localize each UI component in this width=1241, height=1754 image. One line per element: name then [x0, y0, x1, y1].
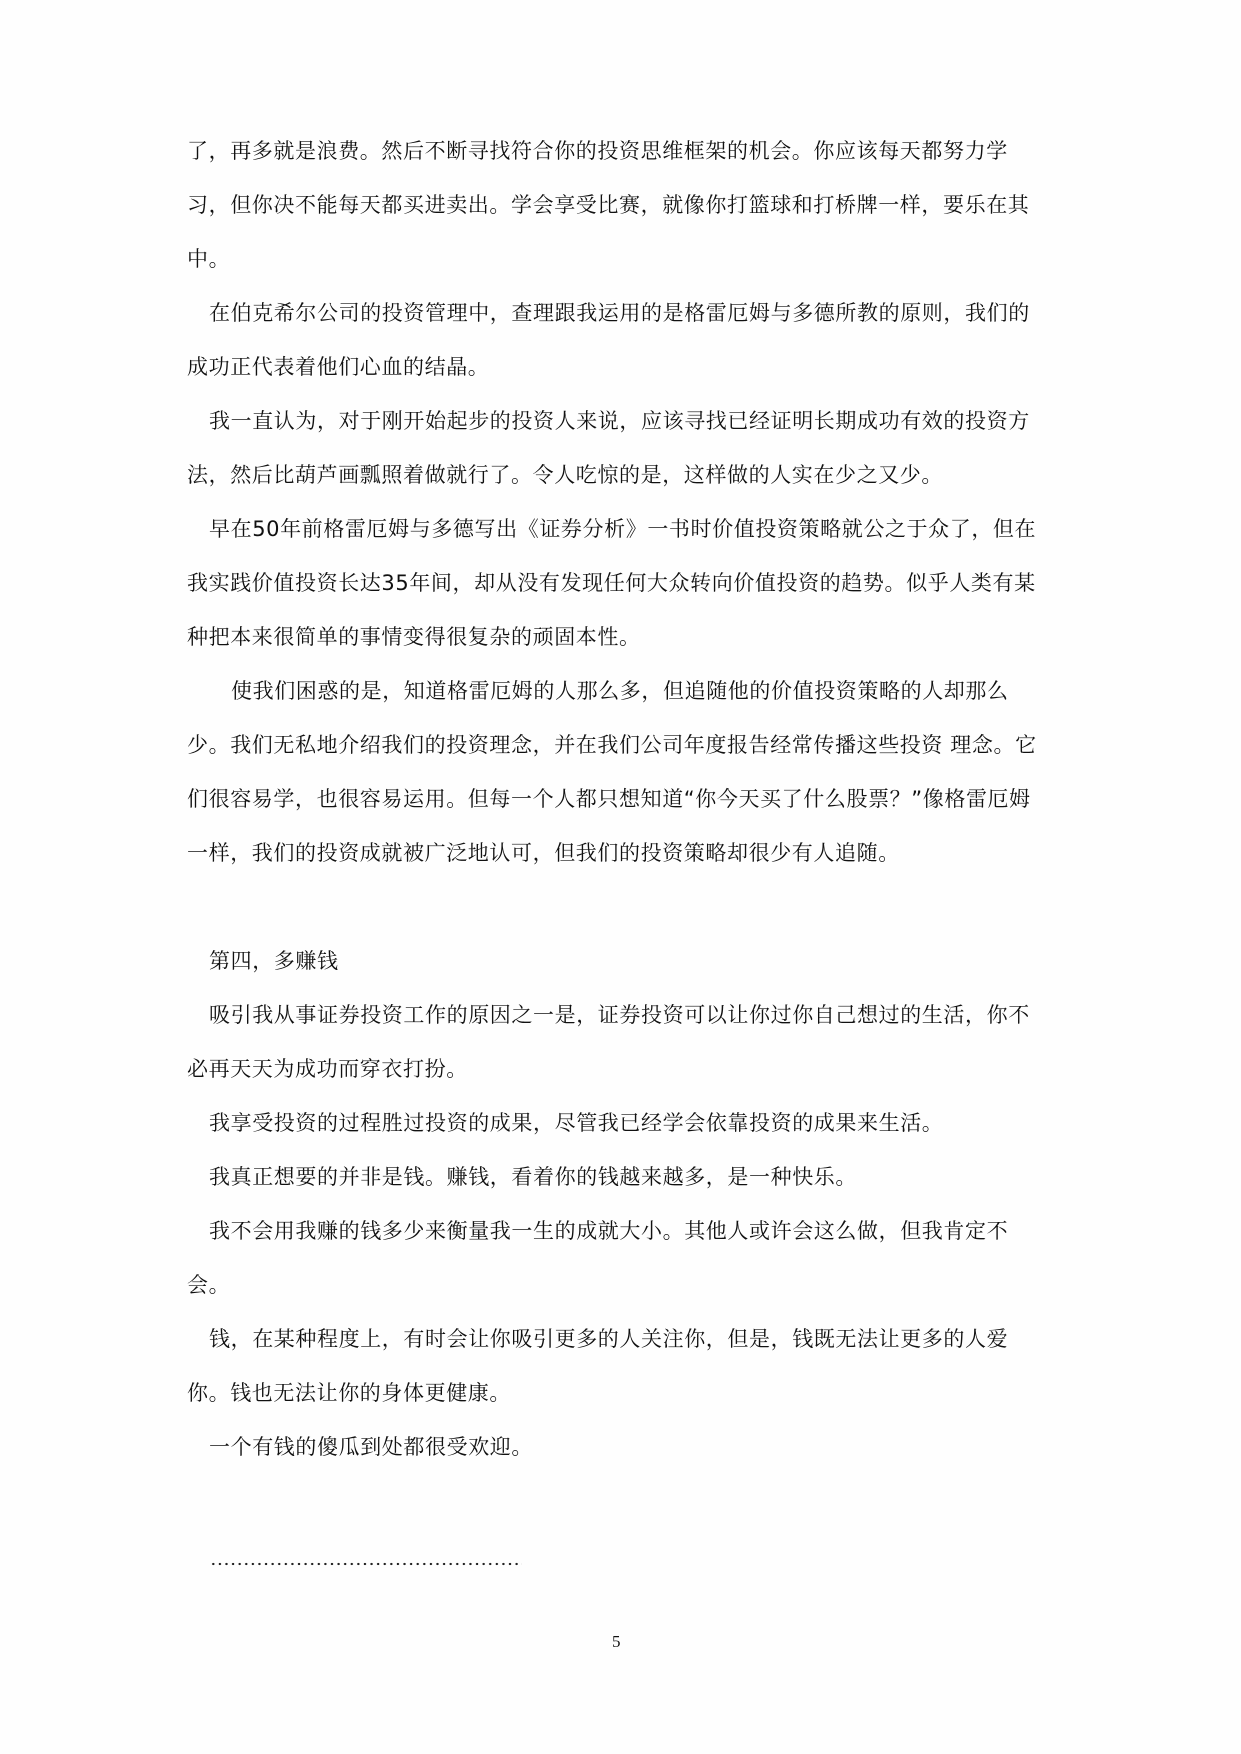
text-line: 必再天天为成功而穿衣打扮。	[187, 1056, 468, 1082]
text-line: 钱，在某种程度上，有时会让你吸引更多的人关注你，但是，钱既无法让更多的人爱	[209, 1326, 1008, 1352]
text-line: 你。钱也无法让你的身体更健康。	[187, 1380, 511, 1406]
section-heading: 第四，多赚钱	[209, 948, 339, 974]
ellipsis-divider	[210, 1562, 522, 1566]
text-line: 法，然后比葫芦画瓢照着做就行了。令人吃惊的是，这样做的人实在少之又少。	[187, 462, 943, 488]
text-line: 使我们困惑的是，知道格雷厄姆的人那么多，但追随他的价值投资策略的人却那么	[231, 678, 1009, 704]
text-line: 我享受投资的过程胜过投资的成果，尽管我已经学会依靠投资的成果来生活。	[209, 1110, 943, 1136]
text-line: 我一直认为，对于刚开始起步的投资人来说，应该寻找已经证明长期成功有效的投资方	[209, 408, 1030, 434]
text-line: 成功正代表着他们心血的结晶。	[187, 354, 489, 380]
text-line: 中。	[187, 246, 230, 272]
text-line: 我不会用我赚的钱多少来衡量我一生的成就大小。其他人或许会这么做，但我肯定不	[209, 1218, 1008, 1244]
text-line: 一样，我们的投资成就被广泛地认可，但我们的投资策略却很少有人追随。	[187, 840, 900, 866]
text-line: 早在50年前格雷厄姆与多德写出《证券分析》一书时价值投资策略就公之于众了，但在	[209, 516, 1036, 542]
text-line: 在伯克希尔公司的投资管理中，查理跟我运用的是格雷厄姆与多德所教的原则，我们的	[209, 300, 1030, 326]
text-line: 们很容易学，也很容易运用。但每一个人都只想知道“你今天买了什么股票？”像格雷厄姆	[187, 786, 1031, 812]
text-line: 少。我们无私地介绍我们的投资理念，并在我们公司年度报告经常传播这些投资 理念。它	[187, 732, 1037, 758]
text-line: 了，再多就是浪费。然后不断寻找符合你的投资思维框架的机会。你应该每天都努力学	[187, 138, 1008, 164]
text-line: 吸引我从事证券投资工作的原因之一是，证券投资可以让你过你自己想过的生活，你不	[209, 1002, 1030, 1028]
text-line: 会。	[187, 1272, 230, 1298]
text-line: 我实践价值投资长达35年间，却从没有发现任何大众转向价值投资的趋势。似乎人类有某	[187, 570, 1036, 596]
text-line: 种把本来很简单的事情变得很复杂的顽固本性。	[187, 624, 641, 650]
text-line: 我真正想要的并非是钱。赚钱，看着你的钱越来越多，是一种快乐。	[209, 1164, 857, 1190]
document-page: 了，再多就是浪费。然后不断寻找符合你的投资思维框架的机会。你应该每天都努力学 习…	[0, 0, 1241, 1754]
text-line: 一个有钱的傻瓜到处都很受欢迎。	[209, 1434, 533, 1460]
text-line: 习，但你决不能每天都买进卖出。学会享受比赛，就像你打篮球和打桥牌一样，要乐在其	[187, 192, 1029, 218]
page-number: 5	[612, 1632, 621, 1652]
